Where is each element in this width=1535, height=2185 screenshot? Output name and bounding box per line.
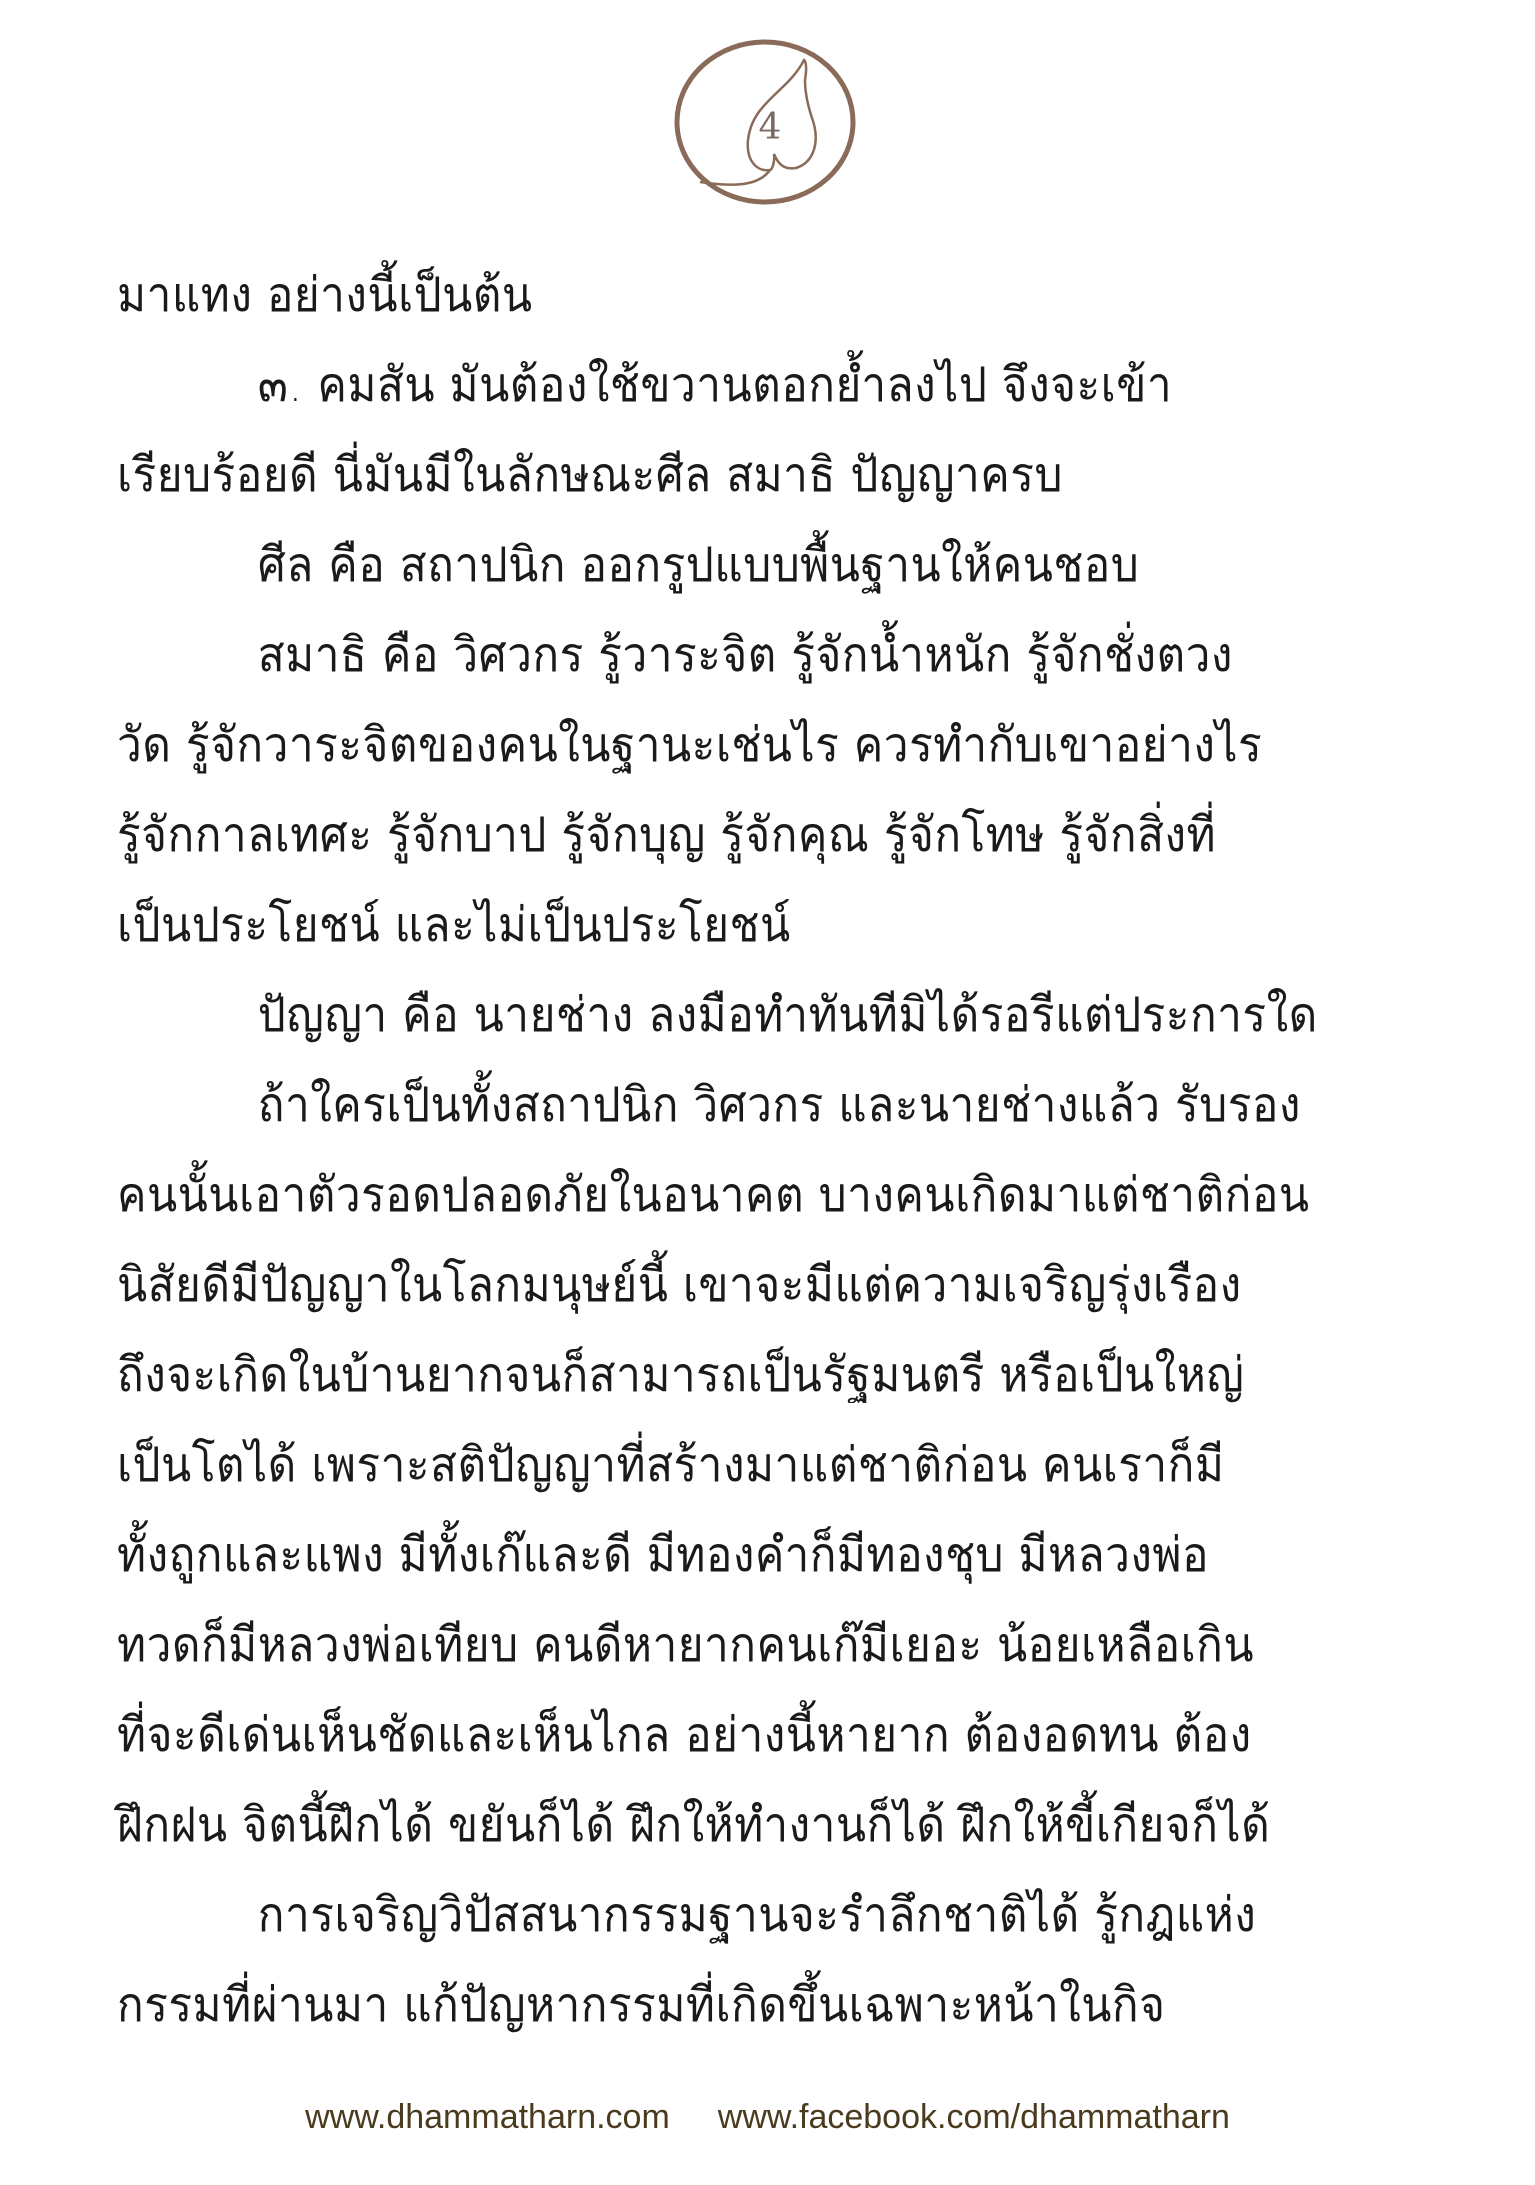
document-body: มาแทง อย่างนี้เป็นต้น ๓. คมสัน มันต้องใช…: [117, 250, 1422, 2050]
text-line: เป็นโตได้ เพราะสติปัญญาที่สร้างมาแต่ชาติ…: [117, 1420, 1318, 1510]
text-line: ๓. คมสัน มันต้องใช้ขวานตอกย้ำลงไป จึงจะเ…: [117, 340, 1318, 430]
text-line: ถ้าใครเป็นทั้งสถาปนิก วิศวกร และนายช่างแ…: [117, 1060, 1318, 1150]
text-line: เป็นประโยชน์ และไม่เป็นประโยชน์: [117, 880, 1318, 970]
text-line: คนนั้นเอาตัวรอดปลอดภัยในอนาคต บางคนเกิดม…: [117, 1150, 1318, 1240]
page-footer: www.dhammatharn.com www.facebook.com/dha…: [0, 2098, 1535, 2137]
text-line: เรียบร้อยดี นี่มันมีในลักษณะศีล สมาธิ ปั…: [117, 430, 1318, 520]
text-line: สมาธิ คือ วิศวกร รู้วาระจิต รู้จักน้ำหนั…: [117, 610, 1318, 700]
text-line: ปัญญา คือ นายช่าง ลงมือทำทันทีมิได้รอรีแ…: [117, 970, 1318, 1060]
text-line: ที่จะดีเด่นเห็นชัดและเห็นไกล อย่างนี้หาย…: [117, 1690, 1318, 1780]
page-number-badge: 4: [660, 22, 870, 222]
text-line: มาแทง อย่างนี้เป็นต้น: [117, 250, 1318, 340]
text-line: นิสัยดีมีปัญญาในโลกมนุษย์นี้ เขาจะมีแต่ค…: [117, 1240, 1318, 1330]
website-link[interactable]: www.dhammatharn.com: [305, 2098, 670, 2137]
facebook-link[interactable]: www.facebook.com/dhammatharn: [718, 2098, 1230, 2137]
text-line: รู้จักกาลเทศะ รู้จักบาป รู้จักบุญ รู้จัก…: [117, 790, 1318, 880]
text-line: ทั้งถูกและแพง มีทั้งเก๊และดี มีทองคำก็มี…: [117, 1510, 1318, 1600]
text-line: กรรมที่ผ่านมา แก้ปัญหากรรมที่เกิดขึ้นเฉพ…: [117, 1960, 1318, 2050]
text-line: การเจริญวิปัสสนากรรมฐานจะรำลึกชาติได้ รู…: [117, 1870, 1318, 1960]
text-line: วัด รู้จักวาระจิตของคนในฐานะเช่นไร ควรทำ…: [117, 700, 1318, 790]
page-number: 4: [660, 22, 870, 222]
text-line: ฝึกฝน จิตนี้ฝึกได้ ขยันก็ได้ ฝึกให้ทำงาน…: [117, 1780, 1318, 1870]
text-line: ถึงจะเกิดในบ้านยากจนก็สามารถเป็นรัฐมนตรี…: [117, 1330, 1318, 1420]
text-line: ทวดก็มีหลวงพ่อเทียบ คนดีหายากคนเก๊มีเยอะ…: [117, 1600, 1318, 1690]
text-line: ศีล คือ สถาปนิก ออกรูปแบบพื้นฐานให้คนชอบ: [117, 520, 1318, 610]
